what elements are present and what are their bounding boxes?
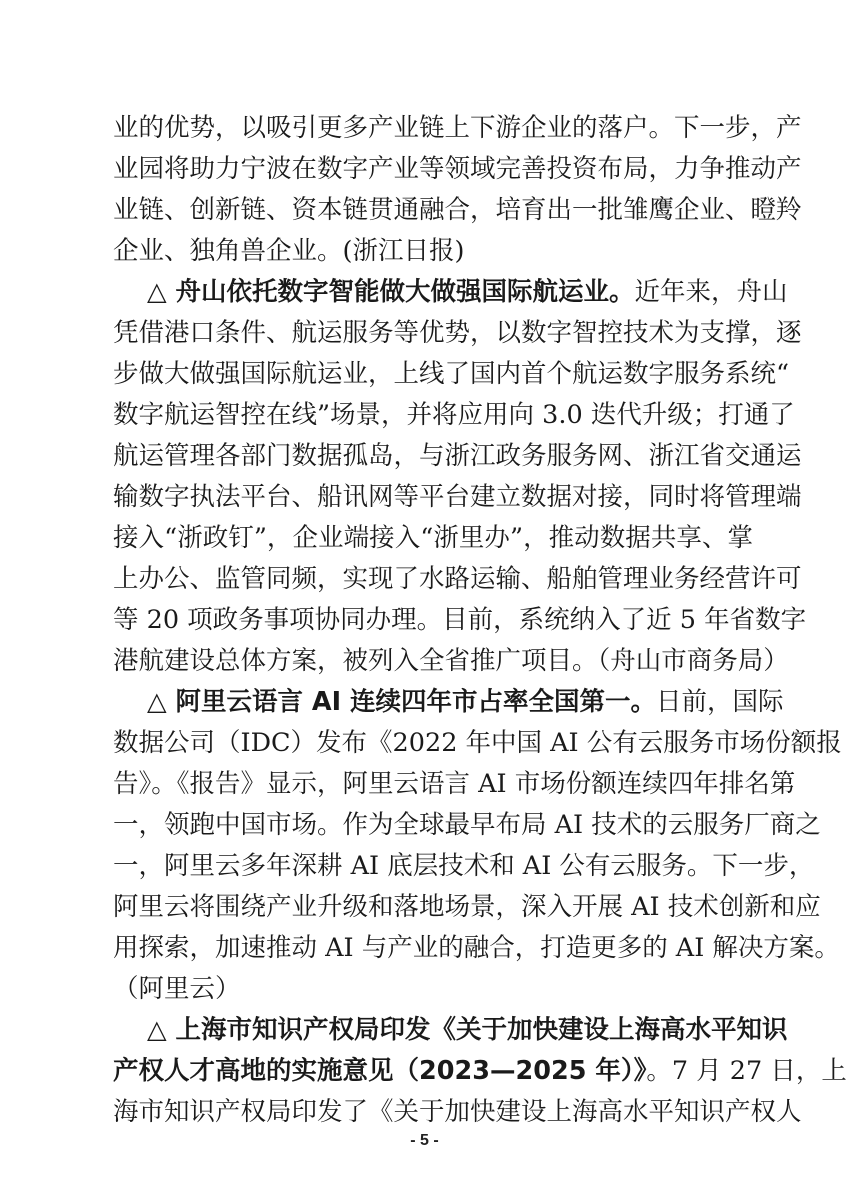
text-line: 海市知识产权局印发了《关于加快建设上海高水平知识产权人: [113, 1092, 753, 1133]
page-number: - 5 -: [0, 1132, 849, 1150]
text-line: 凭借港口条件、航运服务等优势，以数字智控技术为支撑，逐: [113, 313, 753, 354]
news-item-heading: △ 上海市知识产权局印发《关于加快建设上海高水平知识: [113, 1010, 753, 1051]
document-body: 业的优势，以吸引更多产业链上下游企业的落户。下一步，产 业园将助力宁波在数字产业…: [113, 108, 753, 1133]
text-line: 业园将助力宁波在数字产业等领域完善投资布局，力争推动产: [113, 149, 753, 190]
text-line: 港航建设总体方案，被列入全省推广项目。（舟山市商务局）: [113, 641, 753, 682]
text-line: 一，领跑中国市场。作为全球最早布局 AI 技术的云服务厂商之: [113, 805, 753, 846]
text-line: 步做大做强国际航运业，上线了国内首个航运数字服务系统“: [113, 354, 753, 395]
news-item-heading-line: △ 阿里云语言 AI 连续四年市占率全国第一。日前，国际: [113, 682, 753, 723]
text-line: 用探索，加速推动 AI 与产业的融合，打造更多的 AI 解决方案。: [113, 928, 753, 969]
text-fragment: 。7 月 27 日，上: [646, 1056, 847, 1086]
text-line: 航运管理各部门数据孤岛，与浙江政务服务网、浙江省交通运: [113, 436, 753, 477]
text-line: 企业、独角兽企业。(浙江日报): [113, 231, 753, 272]
news-item-heading-cont: 产权人才高地的实施意见（2023—2025 年）》: [113, 1056, 646, 1086]
text-line: 等 20 项政务事项协同办理。目前，系统纳入了近 5 年省数字: [113, 600, 753, 641]
text-line: 数据公司（IDC）发布《2022 年中国 AI 公有云服务市场份额报: [113, 723, 753, 764]
text-line: 数字航运智控在线”场景，并将应用向 3.0 迭代升级；打通了: [113, 395, 753, 436]
text-fragment: 日前，国际: [656, 687, 784, 717]
document-page: 业的优势，以吸引更多产业链上下游企业的落户。下一步，产 业园将助力宁波在数字产业…: [0, 0, 849, 1200]
text-line: 一，阿里云多年深耕 AI 底层技术和 AI 公有云服务。下一步，: [113, 846, 753, 887]
text-line: 告》。《报告》显示，阿里云语言 AI 市场份额连续四年排名第: [113, 764, 753, 805]
text-line: （阿里云）: [113, 969, 753, 1010]
news-item-heading-line: 产权人才高地的实施意见（2023—2025 年）》。7 月 27 日，上: [113, 1051, 753, 1092]
text-line: 阿里云将围绕产业升级和落地场景，深入开展 AI 技术创新和应: [113, 887, 753, 928]
text-line: 业的优势，以吸引更多产业链上下游企业的落户。下一步，产: [113, 108, 753, 149]
news-item-heading-line: △ 舟山依托数字智能做大做强国际航运业。近年来，舟山: [113, 272, 753, 313]
text-fragment: 近年来，舟山: [635, 277, 788, 307]
text-line: 业链、创新链、资本链贯通融合，培育出一批雏鹰企业、瞪羚: [113, 190, 753, 231]
text-line: 输数字执法平台、船讯网等平台建立数据对接，同时将管理端: [113, 477, 753, 518]
text-line: 接入“浙政钉”，企业端接入“浙里办”，推动数据共享、掌: [113, 518, 753, 559]
news-item-heading: △ 舟山依托数字智能做大做强国际航运业。: [147, 277, 635, 307]
news-item-heading: △ 阿里云语言 AI 连续四年市占率全国第一。: [147, 687, 656, 717]
text-line: 上办公、监管同频，实现了水路运输、船舶管理业务经营许可: [113, 559, 753, 600]
